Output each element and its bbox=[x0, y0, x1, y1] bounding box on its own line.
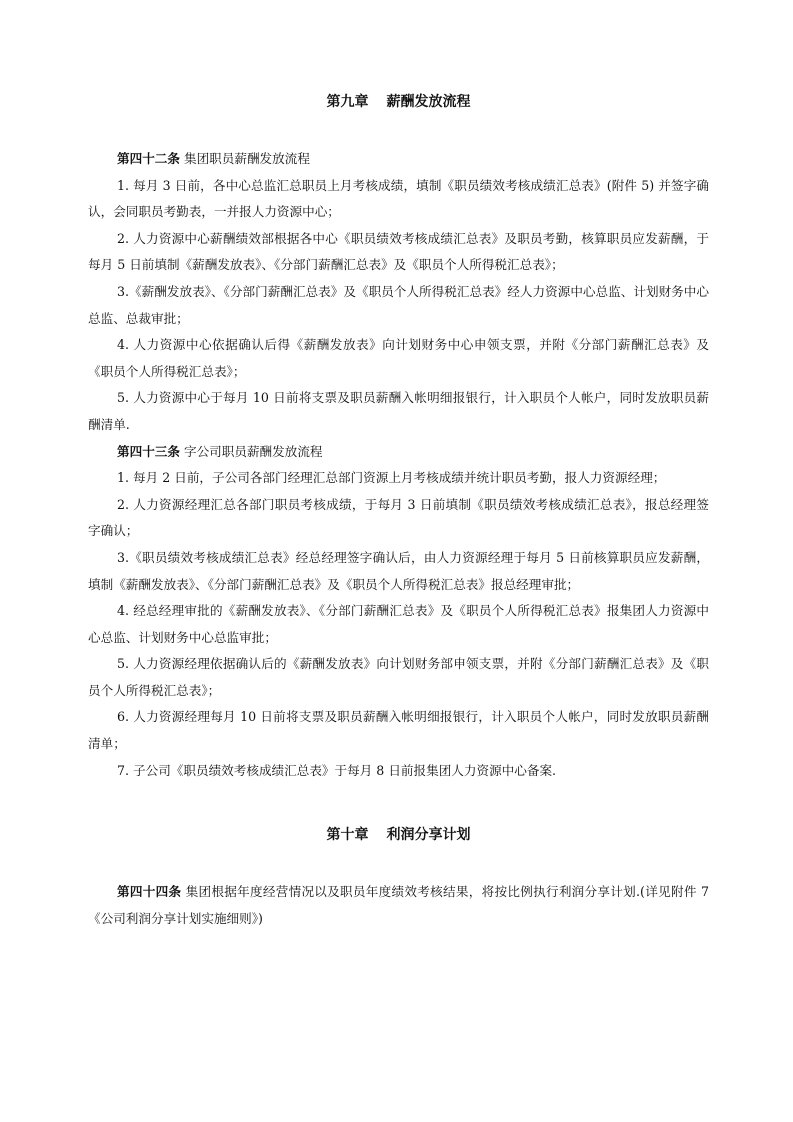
document-page: 第九章薪酬发放流程 第四十二条 集团职员薪酬发放流程 1. 每月 3 日前，各中… bbox=[88, 88, 709, 932]
article-42-item: 4. 人力资源中心依据确认后得《薪酬发放表》向计划财务中心申领支票，并附《分部门… bbox=[88, 332, 709, 385]
article-43-item: 2. 人力资源经理汇总各部门职员考核成绩，于每月 3 日前填制《职员绩效考核成绩… bbox=[88, 492, 709, 545]
chapter-10-number: 第十章 bbox=[327, 827, 369, 843]
article-44-text: 集团根据年度经营情况以及职员年度绩效考核结果，将按比例执行利润分享计划.(详见附… bbox=[88, 884, 709, 926]
chapter-9-number: 第九章 bbox=[327, 94, 369, 110]
article-43-item: 4. 经总经理审批的《薪酬发放表》、《分部门薪酬汇总表》及《职员个人所得税汇总表… bbox=[88, 598, 709, 651]
article-42-item: 5. 人力资源中心于每月 10 日前将支票及职员薪酬入帐明细报银行，计入职员个人… bbox=[88, 385, 709, 438]
article-43-item: 5. 人力资源经理依据确认后的《薪酬发放表》向计划财务部申领支票，并附《分部门薪… bbox=[88, 651, 709, 704]
article-42-title: 集团职员薪酬发放流程 bbox=[184, 151, 310, 166]
article-43-item: 1. 每月 2 日前，子公司各部门经理汇总部门资源上月考核成绩并统计职员考勤，报… bbox=[88, 465, 709, 492]
article-43-label: 第四十三条 bbox=[117, 444, 180, 459]
chapter-9-heading: 第九章薪酬发放流程 bbox=[88, 88, 709, 116]
article-44-label: 第四十四条 bbox=[117, 884, 181, 899]
article-43-item: 7. 子公司《职员绩效考核成绩汇总表》于每月 8 日前报集团人力资源中心备案. bbox=[88, 758, 709, 785]
article-44: 第四十四条 集团根据年度经营情况以及职员年度绩效考核结果，将按比例执行利润分享计… bbox=[88, 879, 709, 932]
article-43-item: 6. 人力资源经理每月 10 日前将支票及职员薪酬入帐明细报银行，计入职员个人帐… bbox=[88, 704, 709, 757]
article-42-item: 3.《薪酬发放表》、《分部门薪酬汇总表》及《职员个人所得税汇总表》经人力资源中心… bbox=[88, 279, 709, 332]
article-43-heading: 第四十三条 字公司职员薪酬发放流程 bbox=[88, 439, 709, 466]
article-43-item: 3.《职员绩效考核成绩汇总表》经总经理签字确认后，由人力资源经理于每月 5 日前… bbox=[88, 545, 709, 598]
article-42-label: 第四十二条 bbox=[117, 151, 180, 166]
article-42-item: 2. 人力资源中心薪酬绩效部根据各中心《职员绩效考核成绩汇总表》及职员考勤，核算… bbox=[88, 226, 709, 279]
chapter-10-title: 利润分享计划 bbox=[387, 827, 471, 843]
article-42-heading: 第四十二条 集团职员薪酬发放流程 bbox=[88, 146, 709, 173]
chapter-9-title: 薪酬发放流程 bbox=[387, 94, 471, 110]
article-42-item: 1. 每月 3 日前，各中心总监汇总职员上月考核成绩，填制《职员绩效考核成绩汇总… bbox=[88, 173, 709, 226]
chapter-10-heading: 第十章利润分享计划 bbox=[88, 821, 709, 849]
article-43-title: 字公司职员薪酬发放流程 bbox=[184, 444, 323, 459]
